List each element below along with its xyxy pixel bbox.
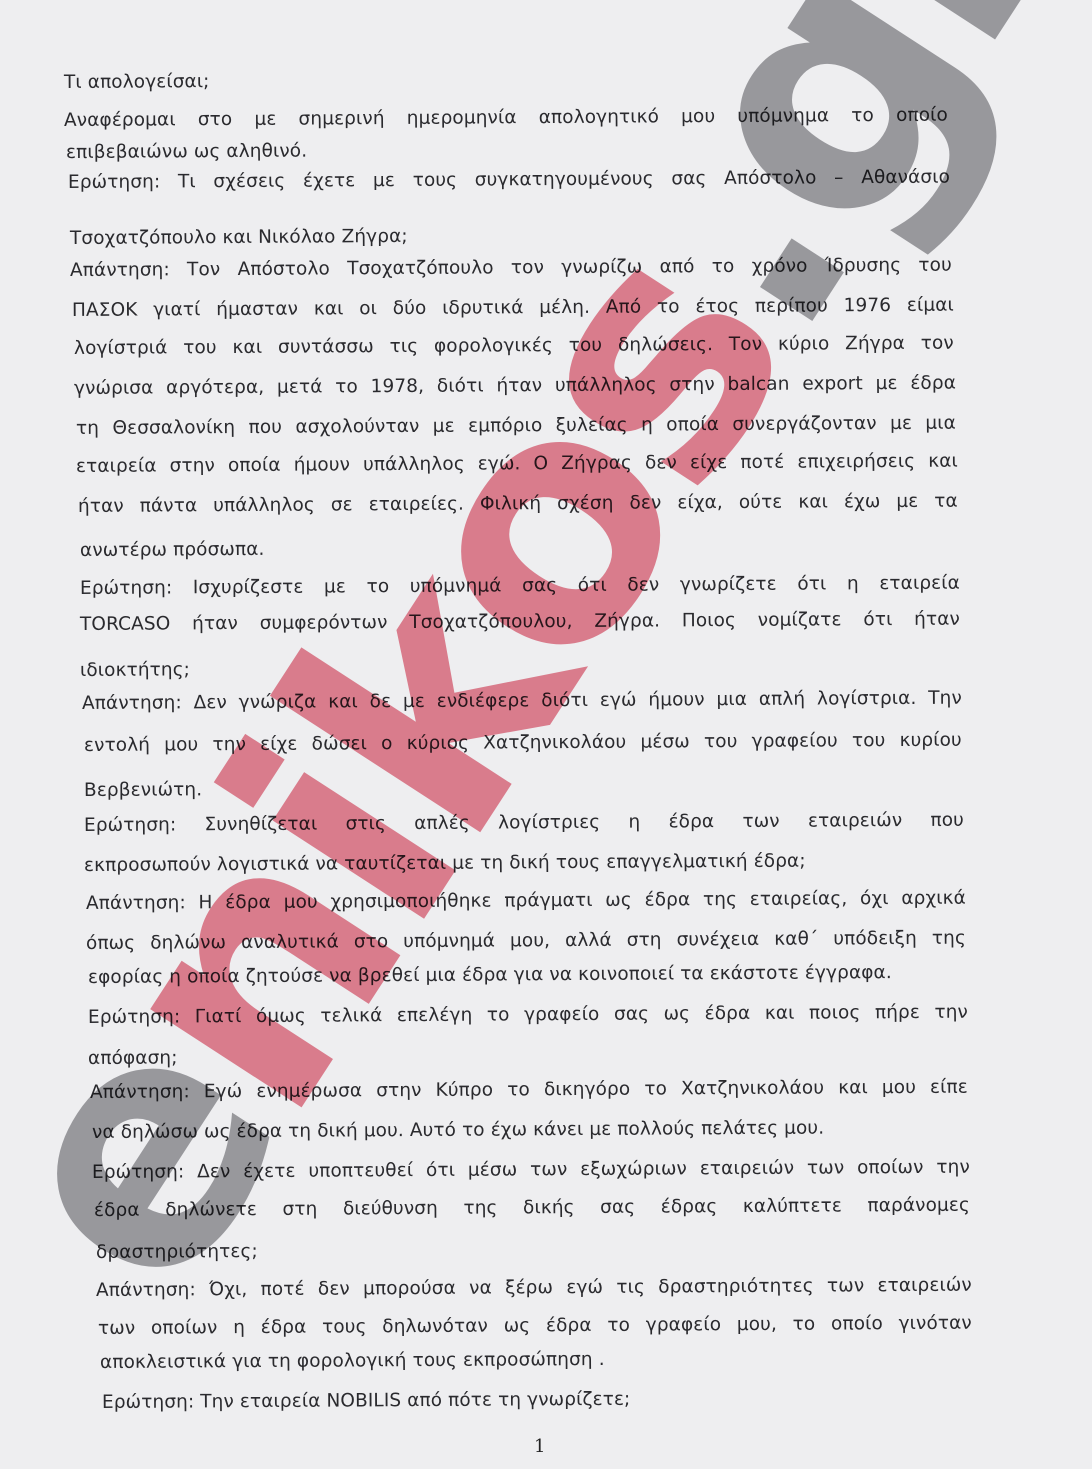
word: δηλωνόταν [382,1316,488,1339]
word: δικηγόρο [544,1079,630,1102]
word: χρόνο [752,255,808,277]
word: Ερώτηση: [80,577,172,600]
word: της [932,928,966,950]
word: Ζήγρας [561,453,632,475]
word: που [249,417,283,439]
word: έχετε [303,170,355,192]
word: Ερώτηση: [84,814,176,837]
word: παράνομες [867,1195,970,1218]
word: των [827,1275,864,1297]
word: εταιρειών [700,1158,794,1181]
word: των [98,1318,135,1340]
word: Ίδρυσης [825,255,901,277]
text-line: Απάντηση:ΤονΑπόστολοΤσοχατζόπουλοτονγνωρ… [70,255,952,282]
word: ήταν [192,613,238,635]
word: Δεν [197,1161,230,1183]
word: πάντα [140,495,198,517]
word: υπόμνημά [403,931,495,954]
word: με [875,373,897,395]
word: δηλώσεις. [618,334,713,357]
word: πήρε [875,1002,920,1024]
text-line: Ερώτηση:Δενέχετευποπτευθείότιμέσωτωνεξωχ… [92,1157,970,1184]
word: χρησιμοποιήθηκε [330,891,491,914]
word: οποίο [896,105,948,127]
text-line: εταιρείαστηνοποίαήμουνυπάλληλοςεγώ.ΟΖήγρ… [76,451,958,478]
word: Απόστολο [724,167,817,190]
word: αργότερα, [166,377,264,400]
text-line: ανωτέρω πρόσωπα. [80,539,265,562]
word: είπε [930,1077,968,1099]
word: μια [716,689,747,711]
word: δεν [318,1278,350,1300]
word: νομίζατε [758,609,842,632]
word: με [896,491,918,513]
word: και [798,491,828,513]
word: έτος [695,296,739,318]
word: διότι [541,690,588,712]
word: Απάντηση: [82,692,182,715]
word: ΠΑΣΟΚ [72,300,138,322]
word: Απάντηση: [96,1279,196,1302]
word: τη [76,418,99,440]
word: στο [198,109,233,131]
word: έδρα [225,892,271,914]
word: όχι [860,888,889,910]
word: ότι [797,573,826,595]
word: Ερώτηση: [92,1161,184,1184]
word: μου [681,106,715,128]
word: είχα, [677,492,723,514]
word: όμως [256,1006,306,1028]
word: υπόμνημά [410,575,502,598]
word: Φιλική [480,493,541,515]
word: το [507,1079,530,1101]
word: balcan [727,374,789,396]
word: γραφείου [752,730,838,753]
word: την [212,734,246,756]
word: δε [370,691,392,713]
word: μετά [277,376,323,398]
word: οι [359,298,377,320]
word: του [704,731,738,753]
word: έχω [844,491,881,513]
word: το [657,296,680,318]
word: Εγώ [204,1081,243,1103]
word: δώσει [312,733,367,755]
word: ήμουν [294,454,350,476]
word: Ερώτηση: [88,1006,180,1029]
word: εταιρειών [808,810,902,833]
word: τις [390,336,419,358]
word: μου, [737,1314,777,1336]
text-line: Απάντηση:ΕγώενημέρωσαστηνΚύπροτοδικηγόρο… [90,1077,968,1104]
word: φορολογικές [434,335,553,358]
text-line: επιβεβαιώνω ως αληθινό. [66,141,307,164]
word: ούτε [739,492,783,514]
text-line: εφορίας η οποία ζητούσε να βρεθεί μια έδ… [88,962,892,989]
word: οποίων [151,1317,218,1339]
word: μια [925,413,956,435]
word: Ποιος [682,610,736,632]
text-line: Απάντηση:Όχι,ποτέδενμπορούσαναξέρωεγώτις… [96,1275,972,1302]
word: Κύπρο [436,1080,494,1102]
word: γιατί [153,299,200,321]
word: εγώ. [478,453,521,475]
word: επιχειρήσεις [797,451,915,474]
word: εξωχώριων [580,1158,687,1181]
word: εταιρειών [877,1275,971,1298]
word: στη [627,929,662,951]
text-line: Βερβενιώτη. [84,779,202,802]
word: στη [282,1199,317,1221]
word: λογίστρια. [817,688,917,711]
word: τους [413,170,458,192]
text-line: ήτανπάνταυπάλληλοςσεεταιρείες.Φιλικήσχέσ… [78,491,958,518]
word: Απάντηση: [90,1081,190,1104]
word: ήταν [914,609,960,631]
word: ημερομηνία [407,107,517,130]
word: από [659,256,694,278]
word: TORCASO [80,613,171,636]
word: την [934,1002,968,1024]
word: το [487,1004,510,1026]
word: η [628,812,640,834]
word: Όχι, [209,1279,247,1301]
word: ενημέρωσα [256,1080,362,1103]
word: της [703,889,737,911]
word: η [233,1317,245,1339]
word: Αναφέρομαι [64,109,176,132]
word: αλλά [565,930,612,952]
word: ως [663,1003,690,1025]
word: έδρα [261,1317,307,1339]
word: στις [345,813,386,835]
word: εγώ [600,690,637,712]
word: κύριο [778,333,830,355]
word: συνέχεια [676,929,759,952]
word: στην [376,1080,421,1102]
text-line: TORCASOήτανσυμφερόντωνΤσοχατζόπουλου,Ζήγ… [80,609,960,636]
word: μου [882,1077,916,1099]
text-line: γνώρισααργότερα,μετάτο1978,διότιήτανυπάλ… [74,373,956,400]
word: Τσοχατζόπουλου, [409,611,572,634]
word: Από [606,297,642,319]
word: με [324,576,346,598]
word: εντολή [84,735,150,757]
word: την [936,1157,970,1179]
word: στην [669,374,714,396]
word: 1978, [371,376,425,398]
word: συνεργάζονταν [732,413,876,436]
word: υπάλληλος [363,454,465,477]
text-line: Ερώτηση:Τισχέσειςέχετεμετουςσυγκατηγουμέ… [68,167,950,194]
word: ότι [578,575,607,597]
text-line: λογίστριάτουκαισυντάσσωτιςφορολογικέςτου… [74,333,954,360]
word: Ερώτηση: [68,171,160,194]
word: ότι [863,609,892,631]
word: σας [600,1197,635,1219]
word: μου, [510,930,550,952]
word: το [366,576,389,598]
word: μου [164,734,198,756]
word: και [314,298,344,320]
word: υπόδειξη [833,928,917,951]
word: σε [331,494,353,516]
word: τα [934,491,958,513]
word: του [183,337,217,359]
word: που [930,810,964,832]
word: το [335,376,358,398]
word: έδρα [705,1003,751,1025]
word: ποιος [809,1002,861,1024]
word: το [851,105,874,127]
word: Την [928,688,962,710]
word: ότι [426,1160,455,1182]
word: είχε [260,734,297,756]
text-line: Απάντηση:Ηέδραμουχρησιμοποιήθηκεπράγματι… [86,888,966,915]
word: ποτέ [261,1279,305,1301]
word: και [232,337,262,359]
word: γνωρίζω [561,257,642,279]
word: εταιρείες. [369,494,464,517]
text-line: όπωςδηλώνωαναλυτικάστουπόμνημάμου,αλλάστ… [86,928,966,955]
word: διεύθυνση [343,1198,438,1221]
word: ήταν [496,375,542,397]
text-line: Τσοχατζόπουλο και Νικόλαο Ζήγρα; [70,226,408,250]
word: μέσω [640,731,690,753]
word: Δεν [193,692,226,714]
text-line: εκπροσωπούν λογιστικά να ταυτίζεται με τ… [84,851,806,877]
word: καθ΄ [774,929,818,951]
text-line: Ερώτηση:Γιατίόμωςτελικάεπελέγητογραφείοσ… [88,1002,968,1029]
word: με [890,413,912,435]
word: οποία [666,414,719,436]
word: διότι [437,375,484,397]
word: δικής [523,1197,575,1219]
word: ποτέ [740,452,784,474]
word: ο [381,733,393,755]
word: γραφείο [646,1314,722,1336]
word: καλύπτετε [743,1195,842,1218]
word: των [807,1157,844,1179]
text-line: τωνοποίωνηέδρατουςδηλωνότανωςέδρατογραφε… [98,1313,972,1340]
text-line: ΠΑΣΟΚγιατίήμαστανκαιοιδύοιδρυτικάμέλη.Απ… [72,295,954,322]
word: – [834,167,843,189]
word: Τον [187,259,220,281]
word: το [644,1078,667,1100]
word: ως [605,890,632,912]
text-line: έδραδηλώνετεστηδιεύθυνσητηςδικήςσαςέδρας… [94,1195,970,1222]
word: το [793,1314,816,1336]
word: γνωρίζετε [680,574,777,597]
word: συγκατηγουμένους [475,168,654,191]
word: μπορούσα [363,1278,456,1301]
word: υποπτευθεί [308,1160,413,1183]
word: έδρας [661,1196,718,1218]
text-line: αποκλειστικά για τη φορολογική τους εκπρ… [100,1349,605,1374]
word: με [373,170,395,192]
word: τις [616,1277,645,1299]
text-line: Αναφέρομαιστομεσημερινήημερομηνίααπολογη… [64,105,948,132]
word: της [463,1198,497,1220]
word: με [433,416,455,438]
word: σχέσεις [213,171,285,193]
word: Ζήγρα [845,333,905,355]
word: Απόστολο [237,258,330,281]
word: έδρα [668,811,714,833]
word: είχε [690,452,727,474]
word: απλές [414,813,470,835]
word: οποίων [857,1157,924,1179]
word: έδρα [546,1315,592,1337]
text-line: εντολήμουτηνείχεδώσειοκύριοςΧατζηνικολάο… [84,730,962,757]
word: Θεσσαλονίκη [112,417,235,440]
word: δραστηριότητες [658,1276,814,1299]
text-line: να δηλώσω ως έδρα τη δική μου. Αυτό το έ… [92,1118,824,1144]
word: ασχολούνταν [295,416,419,439]
word: σημερινή [298,108,384,131]
word: πράγματι [504,890,592,913]
word: κύριος [407,733,470,755]
text-line: Ερώτηση: Την εταιρεία NOBILIS από πότε τ… [102,1389,630,1414]
word: σας [522,575,557,597]
word: συμφερόντων [260,612,388,635]
word: του [918,255,952,277]
word: Ζήγρα. [594,610,660,632]
word: δηλώνω [150,932,226,954]
word: απλή [759,689,806,711]
word: δεν [627,574,659,596]
word: εταιρεία [76,456,157,478]
word: δύο [393,298,427,320]
word: μου [284,892,318,914]
word: Ισχυρίζεστε [193,577,304,600]
word: και [838,1077,868,1099]
word: λογίστριες [498,812,600,835]
word: και [765,1003,795,1025]
word: Γιατί [195,1006,242,1028]
word: γνώρισα [74,378,154,400]
word: ιδρυτικά [442,297,523,319]
word: τους [322,1316,367,1338]
word: έδρα [94,1200,140,1222]
text-line: Απάντηση:Δενγνώριζακαιδεμεενδιέφερεδιότι… [82,688,962,715]
text-line: ιδιοκτήτης; [80,659,190,682]
word: Απάντηση: [86,892,186,915]
word: δεν [629,492,661,514]
word: τελικά [320,1005,382,1027]
word: των [742,811,779,833]
word: στην [170,455,215,477]
word: όπως [86,933,135,955]
word: εταιρεία [879,573,960,595]
word: η [847,573,859,595]
word: εμπόριο [468,415,542,437]
word: εγώ [566,1277,603,1299]
word: των [530,1159,567,1181]
document-body: Τι απολογείσαι;Αναφέρομαιστομεσημερινήημ… [0,0,1092,1469]
word: και [328,691,358,713]
word: Αθανάσιο [861,167,950,190]
word: με [254,109,276,131]
word: έδρα [645,889,691,911]
text-line: τηΘεσσαλονίκηπουασχολούντανμεεμπόριοξυλε… [76,413,956,440]
word: απολογητικό [539,106,659,129]
word: περίπου [755,295,828,317]
word: Χατζηνικολάου [483,732,626,755]
word: ήμασταν [216,299,298,321]
word: γινόταν [899,1313,972,1335]
word: ως [504,1315,531,1337]
word: οποίο [831,1313,883,1335]
word: σας [671,168,706,190]
text-line: Τι απολογείσαι; [64,71,210,94]
word: γνώριζα [239,692,317,714]
word: δεν [645,452,677,474]
word: το [607,1315,630,1337]
word: Η [198,892,212,914]
word: του [852,730,886,752]
word: Τον [729,334,762,356]
word: εταιρείας, [750,888,848,911]
word: σχέση [557,493,614,515]
word: 1976 [844,295,892,317]
word: σας [614,1004,649,1026]
word: μέσω [468,1159,518,1181]
word: είμαι [907,295,954,317]
word: ξυλείας [556,415,628,437]
word: τον [511,257,544,279]
word: Χατζηνικολάου [681,1078,824,1101]
word: υπάλληλος [213,495,315,518]
word: αναλυτικά [241,931,339,954]
text-line: δραστηριότητες; [96,1241,258,1264]
word: Συνηθίζεται [204,814,317,837]
word: αρχικά [901,888,966,910]
word: η [641,414,653,436]
word: ήταν [78,496,124,518]
word: συντάσσω [278,336,374,359]
word: έχετε [243,1161,295,1183]
word: έδρα [910,373,956,395]
text-line: Ερώτηση:Συνηθίζεταιστιςαπλέςλογίστριεςηέ… [84,810,964,837]
text-line: απόφαση; [88,1047,178,1070]
word: επελέγη [397,1005,473,1027]
scanned-document-page: Τι απολογείσαι;Αναφέρομαιστομεσημερινήημ… [0,0,1092,1469]
word: στο [354,931,389,953]
text-line: Ερώτηση:Ισχυρίζεστεμετουπόμνημάσαςότιδεν… [80,573,960,600]
word: Τι [178,171,196,193]
word: γραφείο [524,1004,600,1026]
word: τον [921,333,954,355]
word: το [712,256,735,278]
word: κυρίου [900,730,962,752]
word: λογίστριά [74,337,168,360]
word: Απάντηση: [70,259,170,282]
word: export [802,373,863,395]
word: υπάλληλος [555,374,657,397]
word: να [469,1278,492,1300]
word: δηλώνετε [165,1199,257,1222]
word: υπόμνημα [737,105,829,128]
word: ενδιέφερε [437,690,530,713]
word: Τσοχατζόπουλο [347,257,494,280]
word: με [403,691,425,713]
word: και [928,451,958,473]
word: μέλη. [539,297,590,319]
word: του [569,335,603,357]
word: ήμουν [648,689,704,711]
